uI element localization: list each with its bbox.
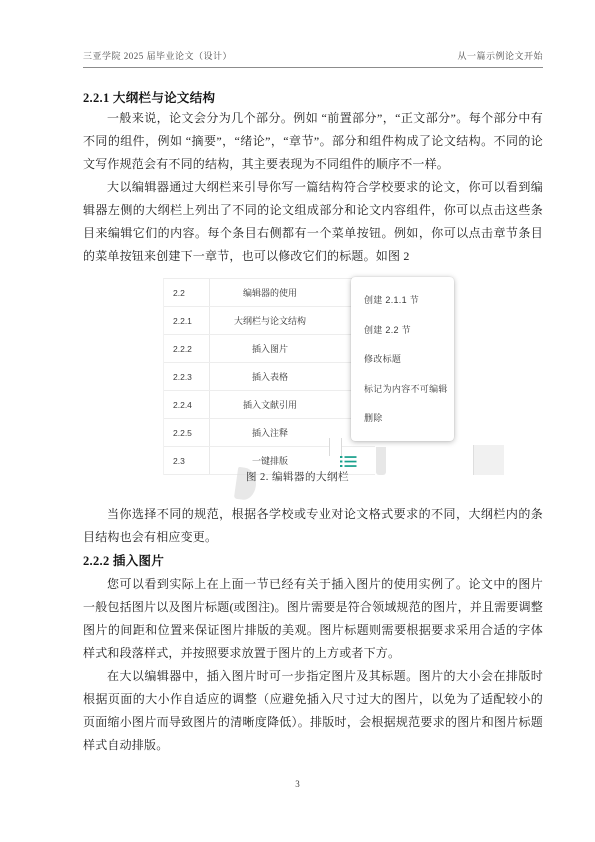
paragraph: 您可以看到实际上在上面一节已经有关于插入图片的使用实例了。论文中的图片一般包括图… — [83, 573, 543, 665]
outline-row-label: 编辑器的使用 — [209, 279, 330, 306]
header-right-title: 从一篇示例论文开始 — [457, 49, 543, 62]
outline-row: 2.2.3 插入表格 — [164, 363, 375, 391]
paragraph: 一般来说，论文会分为几个部分。例如 “前置部分”，“正文部分”。每个部分中有不同… — [83, 107, 543, 176]
page-header: 三亚学院 2025 届毕业论文（设计） 从一篇示例论文开始 — [83, 49, 543, 68]
section-heading-222: 2.2.2 插入图片 — [83, 551, 543, 569]
outline-list-icon — [340, 455, 357, 468]
paragraph: 在大以编辑器中，插入图片时可一步指定图片及其标题。图片的大小会在排版时根据页面的… — [83, 665, 543, 757]
paragraph: 当你选择不同的规范，根据各学校或专业对论文格式要求的不同，大纲栏内的条目结构也会… — [83, 503, 543, 549]
outline-row-number: 2.2.2 — [164, 335, 209, 362]
outline-row-label: 插入文献引用 — [209, 391, 330, 418]
section-heading-221: 2.2.1 大纲栏与论文结构 — [83, 88, 543, 106]
page-number: 3 — [0, 779, 595, 789]
menu-item-create-211: 创建 2.1.1 节 — [351, 285, 454, 315]
outline-row-number: 2.2.5 — [164, 419, 209, 446]
outline-row-number: 2.2.4 — [164, 391, 209, 418]
outline-row-label: 插入注释 — [209, 419, 330, 446]
outline-row: 2.2 编辑器的使用 — [164, 279, 375, 307]
outline-row: 2.2.1 大纲栏与论文结构 — [164, 307, 375, 335]
outline-row-label: 插入图片 — [209, 335, 330, 362]
screenshot-fragment — [329, 438, 342, 456]
outline-row: 2.2.2 插入图片 — [164, 335, 375, 363]
paragraph: 大以编辑器通过大纲栏来引导你写一篇结构符合学校要求的论文，你可以看到编辑器左侧的… — [83, 176, 543, 268]
outline-row-number: 2.2.1 — [164, 307, 209, 334]
menu-item-create-22: 创建 2.2 节 — [351, 315, 454, 345]
outline-row-number: 2.2 — [164, 279, 209, 306]
outline-row: 2.2.4 插入文献引用 — [164, 391, 375, 419]
figure-outline-panel: 2.2 编辑器的使用 2.2.1 大纲栏与论文结构 2.2.2 插入图片 2.2… — [163, 278, 375, 475]
outline-row-label: 插入表格 — [209, 363, 330, 390]
menu-item-mark-readonly: 标记为内容不可编辑 — [351, 374, 454, 404]
header-left-title: 三亚学院 2025 届毕业论文（设计） — [83, 49, 232, 62]
menu-item-rename: 修改标题 — [351, 344, 454, 374]
outline-row: 2.2.5 插入注释 — [164, 419, 375, 447]
outline-row-number: 2.2.3 — [164, 363, 209, 390]
figure-context-menu: 创建 2.1.1 节 创建 2.2 节 修改标题 标记为内容不可编辑 删除 — [351, 277, 454, 441]
menu-item-delete: 删除 — [351, 403, 454, 433]
document-page: 三亚学院 2025 届毕业论文（设计） 从一篇示例论文开始 2.2.1 大纲栏与… — [0, 0, 595, 842]
outline-row-label: 大纲栏与论文结构 — [209, 307, 330, 334]
figure-caption: 图 2. 编辑器的大纲栏 — [0, 469, 595, 484]
